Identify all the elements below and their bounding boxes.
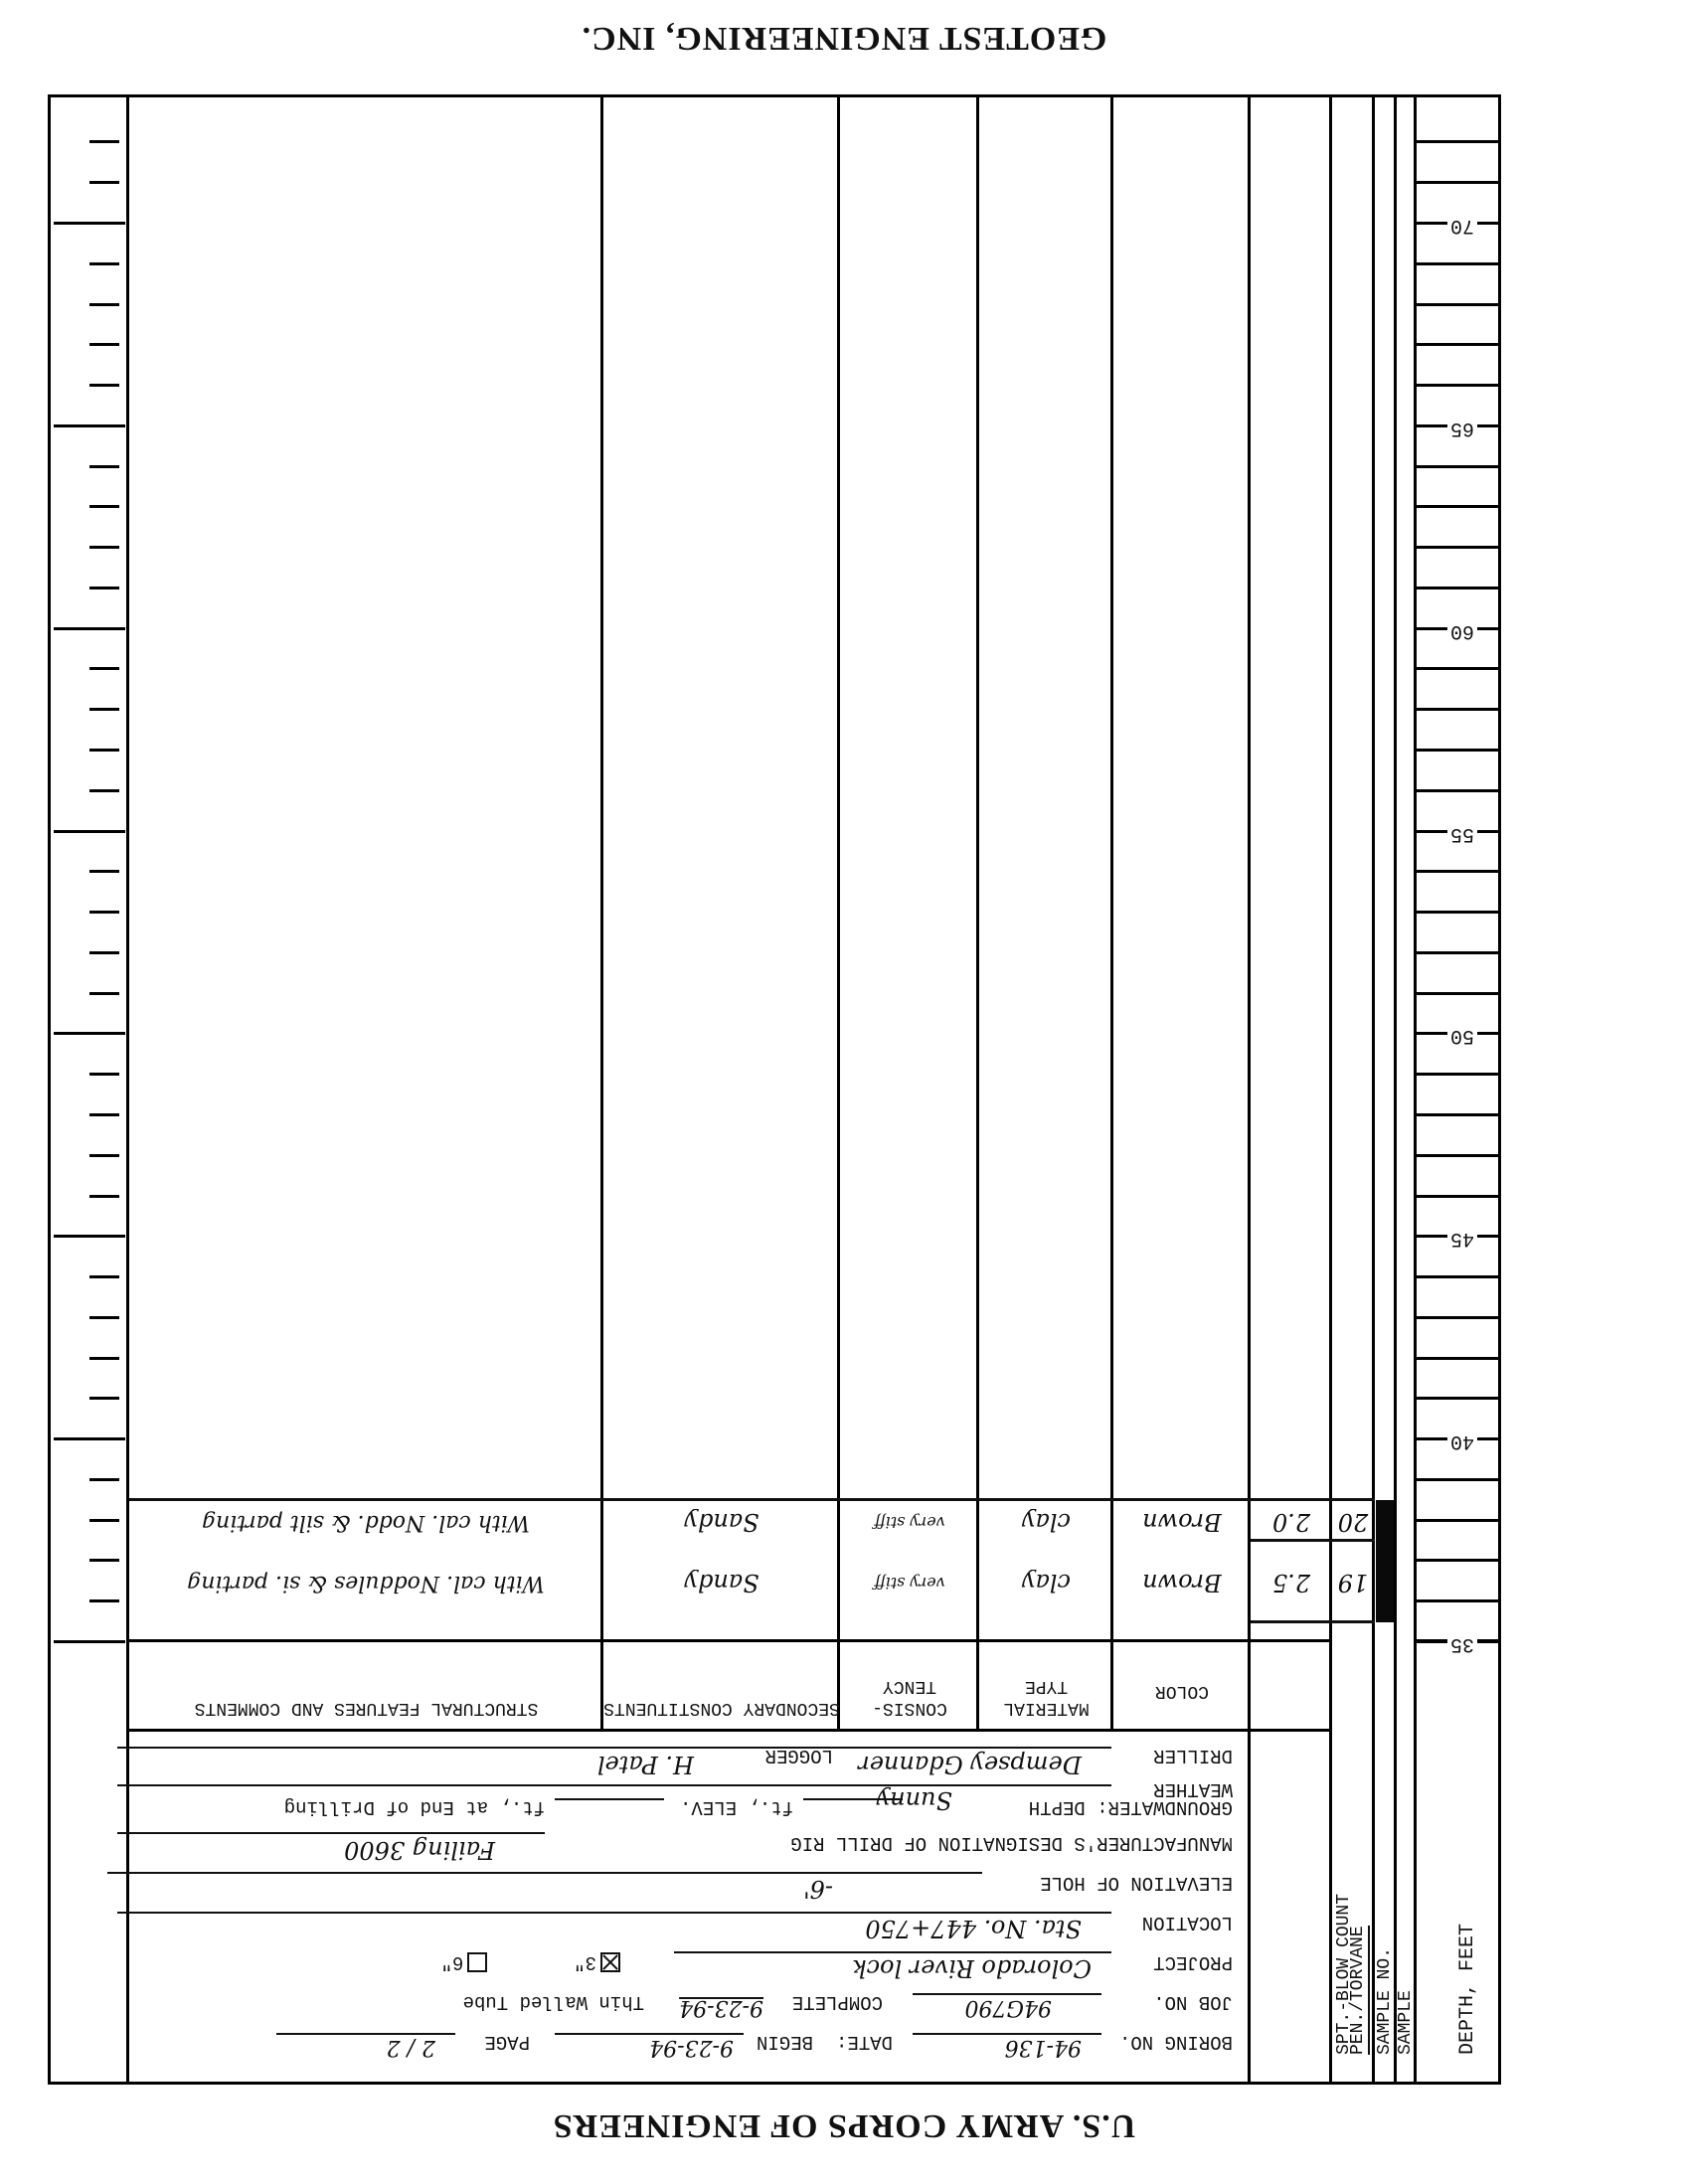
depth-tick — [1417, 1195, 1501, 1198]
drill-rig-label: MANUFACTURER'S DESIGNATION OF DRILL RIG — [790, 1832, 1233, 1854]
cell-consistency[interactable]: very stiff — [842, 1570, 977, 1596]
col-header-spt: SPT.-BLOW COUNT — [1334, 1894, 1354, 2055]
depth-tick — [1417, 870, 1501, 873]
date-complete-value[interactable]: 9-23-94 — [679, 1995, 763, 2020]
margin-tick — [89, 546, 119, 549]
depth-tick — [1417, 1519, 1501, 1522]
divider-pen — [1329, 94, 1332, 2085]
margin-tick — [89, 1559, 119, 1562]
margin-tick — [89, 1397, 119, 1400]
driller-label: DRILLER — [1153, 1745, 1233, 1766]
margin-tick — [89, 1599, 119, 1602]
margin-tick — [89, 1154, 119, 1157]
depth-tick — [1417, 384, 1501, 387]
driller-underline — [117, 1747, 1111, 1749]
weather-value[interactable]: Sunny — [877, 1786, 952, 1814]
cell-structural-comments[interactable]: With cal. Noddules & si. parting — [132, 1570, 599, 1596]
gw-elev-label: ft., ELEV. — [680, 1796, 793, 1818]
option-6in-label: 6" — [441, 1951, 464, 1973]
cell-secondary-constituents[interactable]: Sandy — [605, 1570, 838, 1596]
margin-tick — [89, 465, 119, 468]
cell-material-type[interactable]: clay — [981, 1570, 1111, 1596]
margin-tick — [89, 1316, 119, 1319]
margin-tick — [54, 1032, 125, 1035]
depth-tick — [1417, 1275, 1501, 1278]
company-title: GEOTEST ENGINEERING, INC. — [0, 19, 1688, 57]
margin-tick — [89, 870, 119, 873]
margin-tick — [54, 1235, 125, 1238]
cell-color[interactable]: Brown — [1115, 1570, 1249, 1596]
date-complete-label: COMPLETE — [792, 1991, 883, 2013]
info-bottom-line — [129, 1729, 1332, 1732]
margin-tick — [54, 424, 125, 427]
depth-tick — [1417, 1357, 1501, 1360]
job-no-underline — [913, 1993, 1101, 1995]
elevation-label: ELEVATION OF HOLE — [1040, 1872, 1233, 1894]
margin-tick — [89, 749, 119, 752]
location-value[interactable]: Sta. No. 447+750 — [865, 1915, 1082, 1942]
boring-no-label: BORING NO. — [1119, 2031, 1233, 2053]
margin-tick — [89, 303, 119, 306]
location-label: LOCATION — [1142, 1912, 1233, 1933]
header-bottom-line — [129, 1639, 1332, 1642]
margin-tick — [89, 911, 119, 914]
divider-sample-no — [1372, 94, 1375, 2085]
logger-value[interactable]: H. Patel — [597, 1751, 694, 1778]
boring-no-value[interactable]: 94-136 — [1005, 2035, 1082, 2060]
elevation-underline — [107, 1872, 982, 1874]
margin-tick — [89, 1357, 119, 1360]
divider-depth — [1414, 94, 1417, 2085]
gw-elev-underline — [555, 1798, 664, 1800]
depth-tick — [1417, 951, 1501, 954]
sampler-options: 3" 6" — [441, 1951, 624, 1973]
depth-tick — [1417, 1316, 1501, 1319]
divider-color — [1248, 94, 1251, 2085]
date-begin-label: BEGIN — [757, 2031, 813, 2053]
margin-tick — [89, 181, 119, 184]
col-header-secondary: SECONDARY CONSTITUENTS — [603, 1697, 840, 1719]
divider-sample — [1394, 94, 1397, 2085]
depth-label: 60 — [1447, 619, 1477, 642]
col-header-sample-no: SAMPLE NO. — [1375, 1947, 1395, 2055]
depth-tick — [1417, 708, 1501, 711]
margin-tick — [89, 384, 119, 387]
depth-tick — [1417, 1599, 1501, 1602]
project-underline — [674, 1951, 1111, 1953]
weather-label: WEATHER — [1153, 1778, 1233, 1800]
margin-tick — [89, 262, 119, 265]
col-header-depth: DEPTH, FEET — [1456, 1924, 1479, 2055]
sampler-type: Thin Walled Tube — [463, 1991, 644, 2013]
depth-tick — [1417, 140, 1501, 143]
col-header-consistency: CONSIS- TENCY — [840, 1675, 979, 1719]
depth-tick — [1417, 181, 1501, 184]
margin-tick — [89, 1478, 119, 1481]
depth-tick — [1417, 668, 1501, 671]
divider-structural — [600, 94, 603, 1732]
margin-tick — [89, 1519, 119, 1522]
depth-tick — [1417, 1559, 1501, 1562]
begin-underline — [555, 2033, 744, 2035]
elevation-value[interactable]: -6' — [803, 1875, 833, 1903]
date-begin-value[interactable]: 9-23-94 — [649, 2035, 734, 2060]
project-value[interactable]: Colorado River lock — [852, 1954, 1092, 1982]
boring-no-underline — [913, 2033, 1101, 2035]
margin-tick — [89, 951, 119, 954]
page-value: 2 / 2 — [387, 2035, 435, 2060]
margin-tick — [89, 1113, 119, 1116]
depth-label: 50 — [1447, 1024, 1477, 1047]
margin-tick — [89, 668, 119, 671]
page-underline — [276, 2033, 455, 2035]
margin-tick — [54, 1437, 125, 1440]
date-label: DATE: — [836, 2031, 893, 2053]
margin-tick — [89, 587, 119, 589]
cell-pen-torvane[interactable]: 2.0 — [1253, 1509, 1330, 1535]
depth-tick — [1417, 303, 1501, 306]
row-line — [129, 1498, 1375, 1501]
location-underline — [117, 1912, 1111, 1914]
divider-secondary — [837, 94, 840, 1732]
cell-sample-no[interactable]: 19 — [1333, 1570, 1373, 1596]
depth-tick — [1417, 1073, 1501, 1076]
checkbox-6in[interactable] — [467, 1952, 487, 1972]
checkbox-3in[interactable] — [600, 1952, 620, 1972]
row-line-top — [1251, 1620, 1375, 1623]
margin-tick — [54, 222, 125, 225]
cell-sample-no[interactable]: 20 — [1333, 1509, 1373, 1535]
cell-consistency[interactable]: very stiff — [842, 1509, 977, 1535]
depth-tick — [1417, 262, 1501, 265]
job-no-label: JOB NO. — [1153, 1991, 1233, 2013]
drill-rig-underline — [117, 1832, 545, 1834]
divider-consistency — [976, 94, 979, 1732]
col-header-color: COLOR — [1113, 1680, 1251, 1702]
margin-tick — [54, 830, 125, 833]
margin-tick — [89, 343, 119, 346]
depth-tick — [1417, 343, 1501, 346]
depth-tick — [1417, 505, 1501, 508]
margin-tick — [89, 789, 119, 792]
depth-label: 35 — [1447, 1632, 1477, 1655]
depth-label: 55 — [1447, 822, 1477, 845]
cell-secondary-constituents[interactable]: Sandy — [605, 1509, 838, 1535]
drill-rig-value[interactable]: Failing 3600 — [344, 1836, 495, 1864]
divider-material — [1110, 94, 1113, 1732]
option-3in-label: 3" — [574, 1951, 596, 1973]
col-header-sample: SAMPLE — [1396, 1990, 1416, 2055]
boring-log-sheet: U.S. ARMY CORPS OF ENGINEERS COLOR MATER… — [0, 0, 1688, 2184]
job-no-value[interactable]: 94G790 — [964, 1995, 1052, 2020]
depth-tick — [1417, 1478, 1501, 1481]
depth-label: 40 — [1447, 1429, 1477, 1452]
margin-tick — [54, 1640, 125, 1643]
col-header-material: MATERIAL TYPE — [979, 1675, 1113, 1719]
margin-tick — [89, 140, 119, 143]
depth-tick — [1417, 789, 1501, 792]
depth-tick — [1417, 465, 1501, 468]
depth-tick — [1417, 911, 1501, 914]
col-header-structural: STRUCTURAL FEATURES AND COMMENTS — [129, 1697, 603, 1719]
weather-underline — [117, 1784, 1111, 1786]
depth-tick — [1417, 1397, 1501, 1400]
cell-pen-torvane[interactable]: 2.5 — [1253, 1570, 1330, 1596]
depth-tick — [1417, 1113, 1501, 1116]
cell-material-type[interactable]: clay — [981, 1509, 1111, 1535]
depth-label: 70 — [1447, 214, 1477, 237]
depth-tick — [1417, 587, 1501, 589]
margin-tick — [89, 1275, 119, 1278]
depth-label: 45 — [1447, 1227, 1477, 1250]
depth-tick — [1417, 749, 1501, 752]
margin-tick — [89, 1073, 119, 1076]
project-label: PROJECT — [1153, 1951, 1233, 1973]
sample-fill — [1376, 1541, 1394, 1622]
depth-tick — [1417, 1154, 1501, 1157]
sample-fill — [1376, 1500, 1394, 1541]
gw-end-label: ft., at End of Drilling — [284, 1796, 545, 1818]
row-line — [1251, 1539, 1375, 1542]
depth-tick — [1417, 992, 1501, 995]
depth-label: 65 — [1447, 417, 1477, 439]
cell-structural-comments[interactable]: With cal. Nodd. & silt parting — [132, 1509, 599, 1535]
margin-tick — [89, 1195, 119, 1198]
margin-tick — [89, 505, 119, 508]
cell-color[interactable]: Brown — [1115, 1509, 1249, 1535]
depth-tick — [1417, 546, 1501, 549]
page-label: PAGE — [484, 2031, 530, 2053]
footer-title-upright-agency: U.S. ARMY CORPS OF ENGINEERS — [0, 2106, 1688, 2144]
driller-value[interactable]: Dempsey Gdanner — [858, 1751, 1082, 1778]
margin-tick — [89, 708, 119, 711]
margin-tick — [89, 992, 119, 995]
margin-tick — [54, 627, 125, 630]
